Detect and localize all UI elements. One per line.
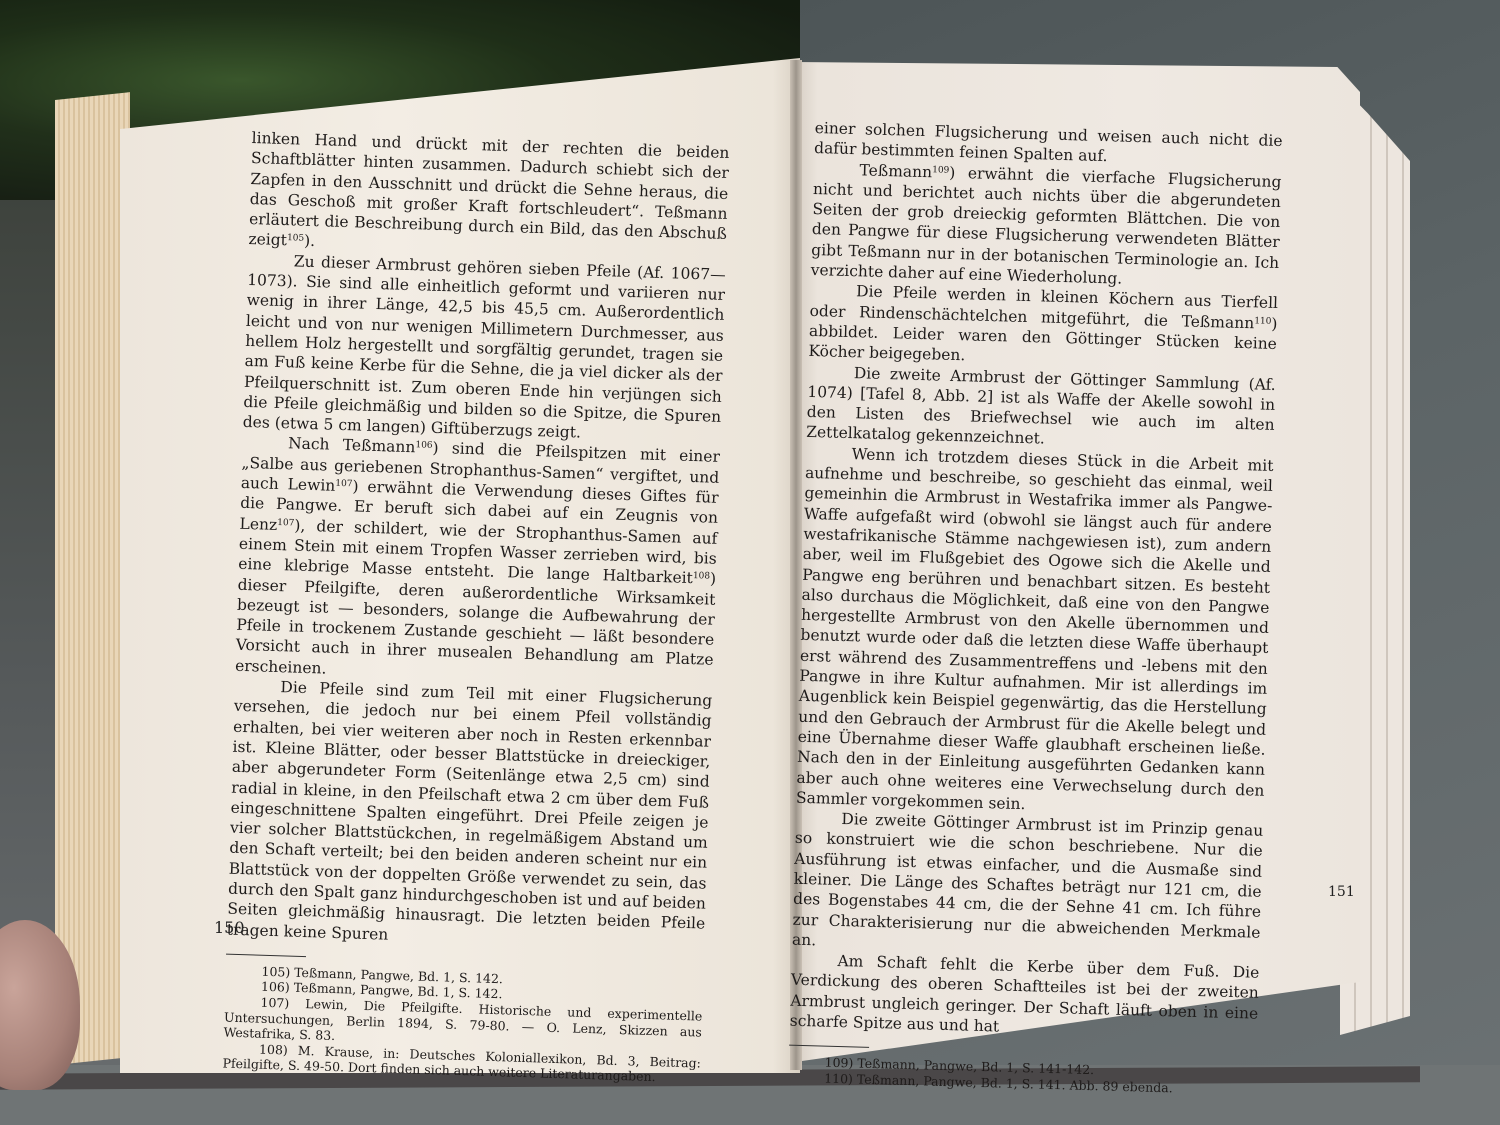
left-body: linken Hand und drückt mit der rechten d… [226,128,729,954]
paragraph: Die Pfeile werden in kleinen Köchern aus… [808,280,1278,374]
footnote-ref: 105 [287,234,304,245]
paragraph: linken Hand und drückt mit der rechten d… [248,128,730,265]
paragraph: Am Schaft fehlt die Kerbe über dem Fuß. … [789,950,1259,1044]
page-number-right: 151 [1328,884,1355,900]
right-body: einer solchen Flugsicherung und weisen a… [789,118,1282,1044]
paragraph: Die Pfeile sind zum Teil mit einer Flugs… [226,676,712,955]
footnote-ref: 109 [932,165,949,175]
footnote-rule [226,953,306,957]
paragraph: Die zweite Göttinger Armbrust ist im Pri… [792,808,1264,963]
paragraph: Zu dieser Armbrust gehören sieben Pfeile… [242,250,726,448]
footnote-rule [789,1045,869,1048]
left-page-edges [55,92,130,1065]
footnote-ref: 106 [415,441,432,452]
left-page-text: linken Hand und drückt mit der rechten d… [222,128,729,1087]
left-footnotes: 105) Teßmann, Pangwe, Bd. 1, S. 142.106)… [222,962,703,1086]
footnote-ref: 110 [1254,316,1271,326]
page-number-left: 150 [214,918,245,937]
paragraph: Nach Teßmann106) sind die Pfeilspitzen m… [235,432,720,690]
footnote-ref: 108 [693,571,710,582]
footnote-ref: 107 [277,518,294,529]
footnote-ref: 107 [335,479,352,490]
paragraph: Die zweite Armbrust der Göttinger Sammlu… [806,361,1276,455]
right-page-text: einer solchen Flugsicherung und weisen a… [788,118,1283,1098]
paragraph: Teßmann109) erwähnt die vierfache Flugsi… [810,159,1281,294]
paragraph: Wenn ich trotzdem dieses Stück in die Ar… [796,443,1274,821]
